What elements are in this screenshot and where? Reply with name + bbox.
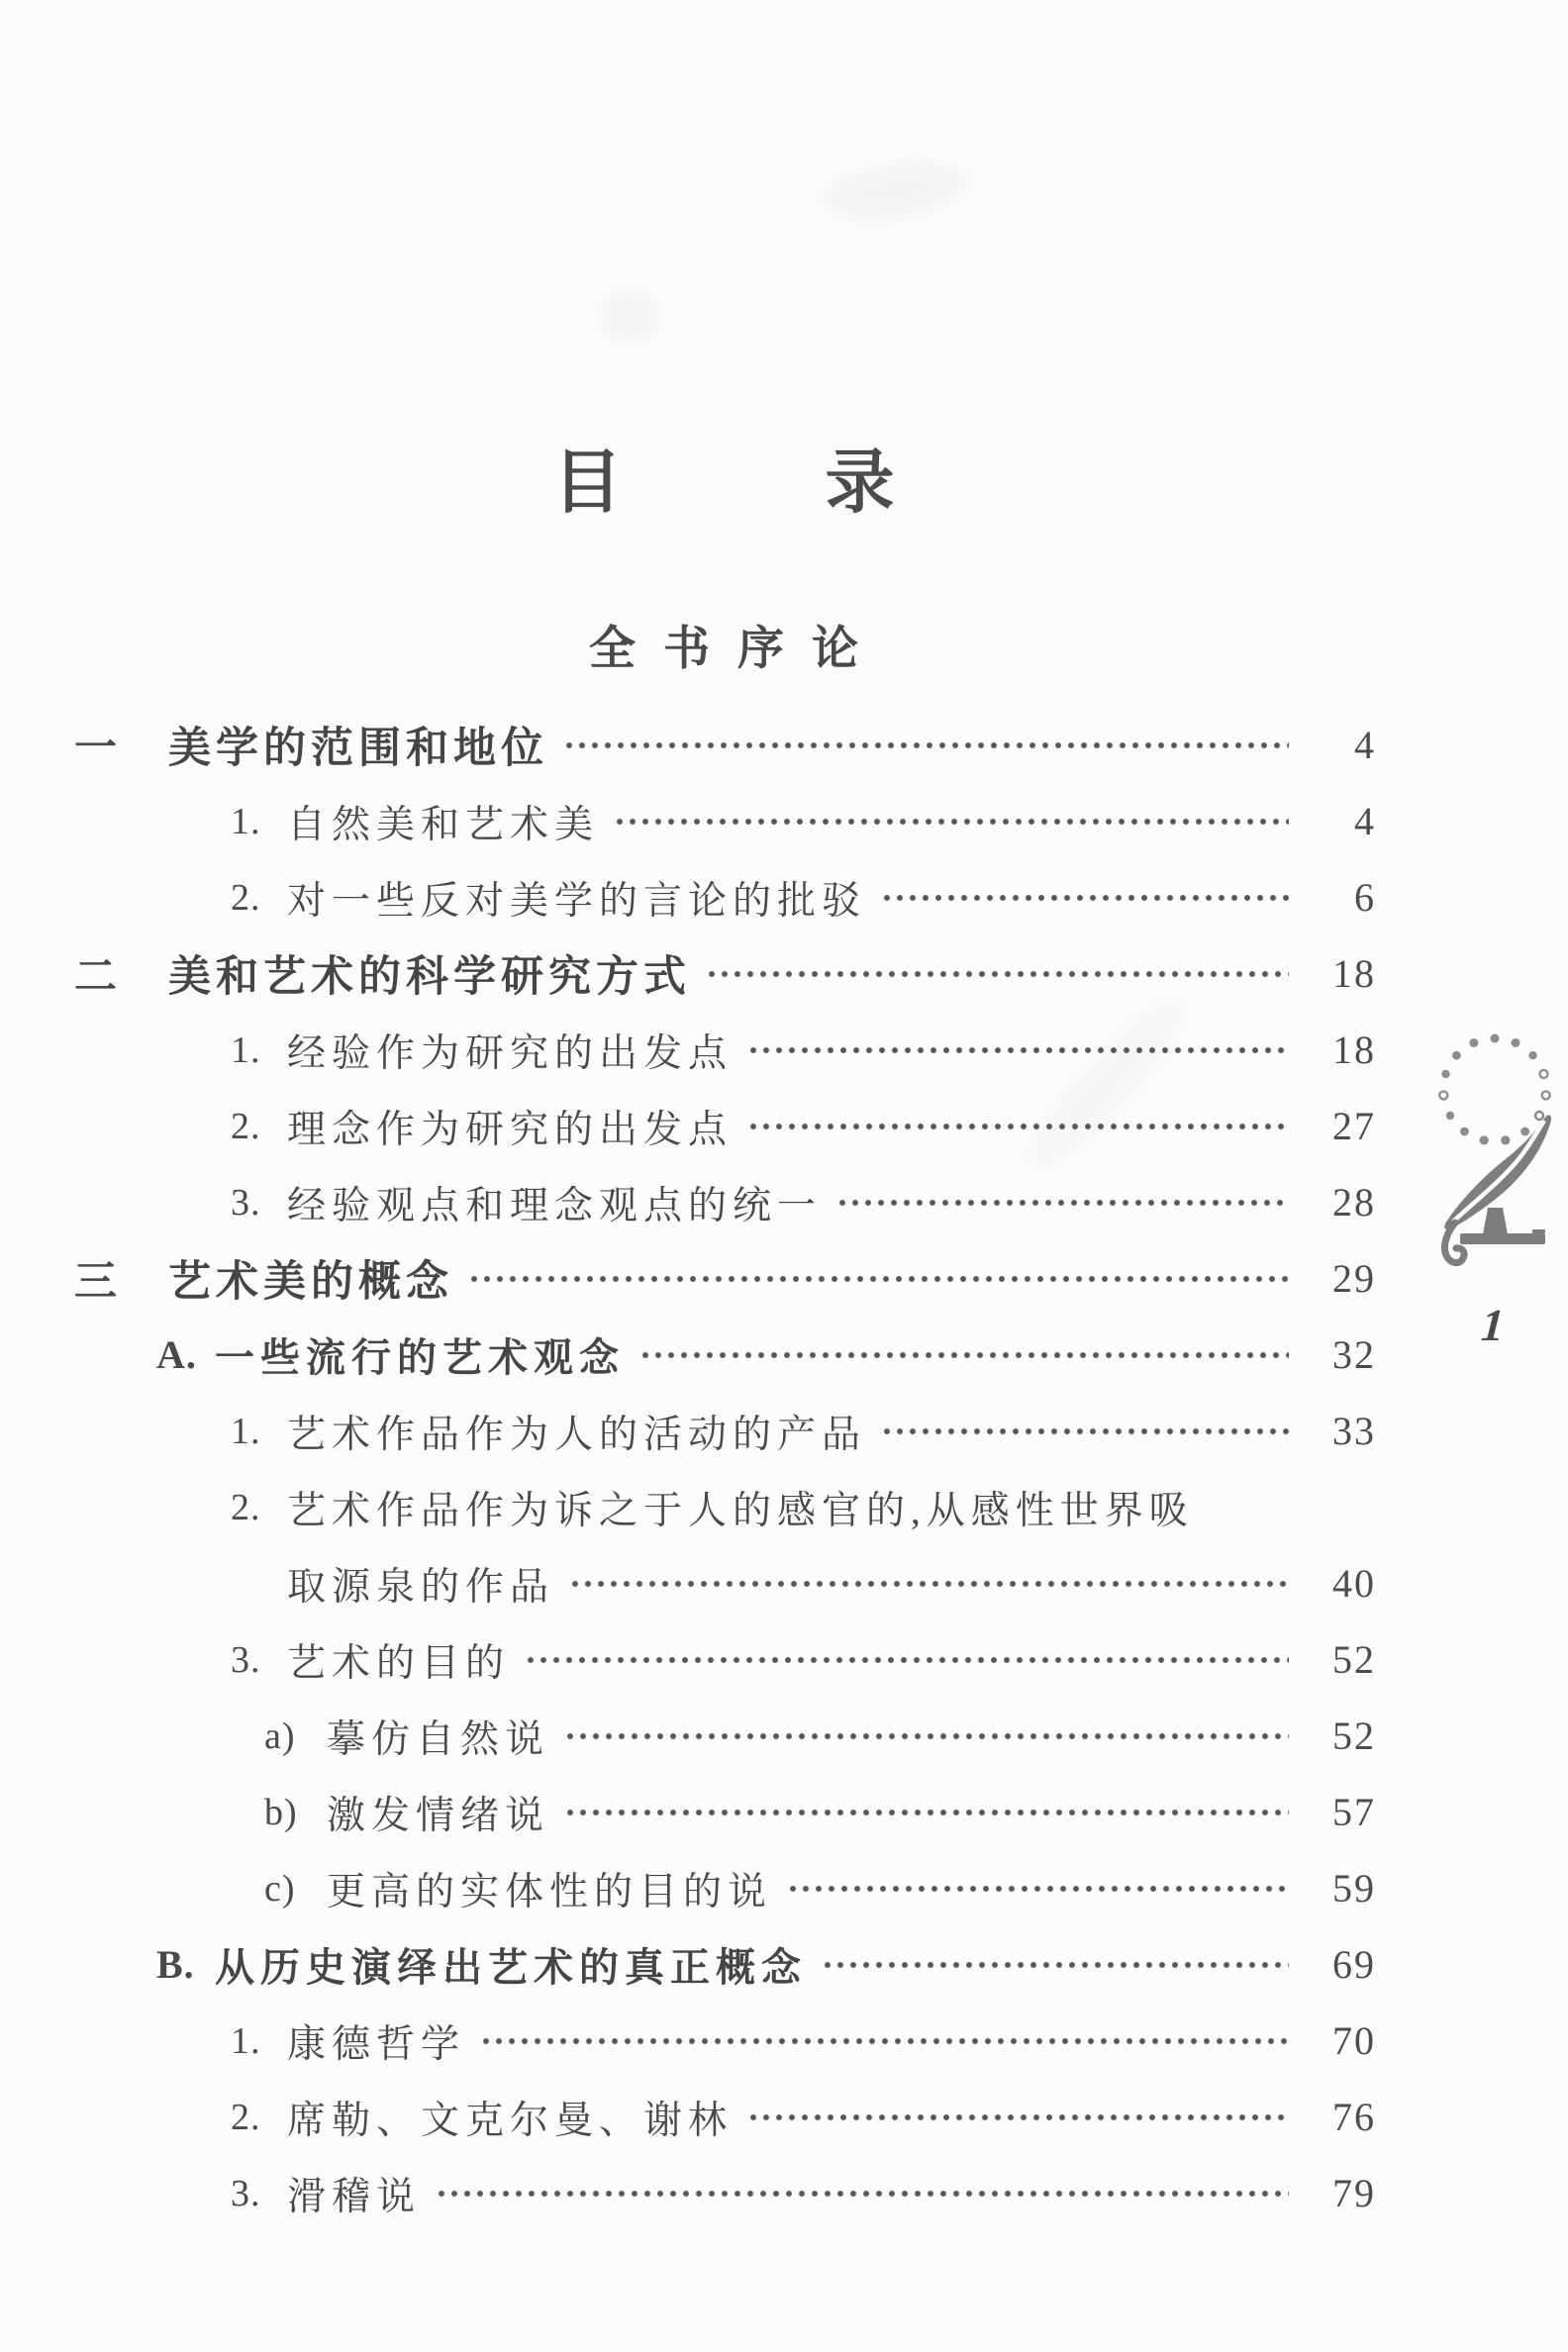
toc-row: 2.艺术作品作为诉之于人的感官的,从感性世界吸: [74, 1469, 1376, 1545]
toc-row-title: 席勒、文克尔曼、谢林: [287, 2090, 733, 2145]
toc-row-title: 艺术作品作为人的活动的产品: [287, 1404, 866, 1459]
toc-row-page-number: 33: [1301, 1408, 1376, 1454]
toc-row-marker: A.: [156, 1331, 215, 1378]
toc-row-title: 自然美和艺术美: [287, 794, 599, 849]
toc-row-page-number: 4: [1301, 798, 1376, 844]
toc-row: 1.康德哲学70: [74, 2003, 1376, 2079]
toc-row-title: 美和艺术的科学研究方式: [168, 943, 691, 1004]
toc-row-marker: a): [264, 1715, 327, 1758]
toc-row-page-number: 6: [1301, 874, 1376, 921]
toc-row-page-number: 79: [1301, 2170, 1376, 2216]
toc-row-title: 美学的范围和地位: [168, 715, 548, 775]
toc-row-page-number: 28: [1301, 1179, 1376, 1225]
toc-row-marker: B.: [156, 1941, 215, 1988]
toc-row-title: 理念作为研究的出发点: [287, 1099, 733, 1154]
section-heading: 全书序论: [74, 622, 1373, 677]
toc-row-title: 激发情绪说: [327, 1785, 549, 1840]
folio-page-number: 1: [1461, 1299, 1524, 1351]
dot-leader: [570, 1579, 1289, 1589]
toc-row: c)更高的实体性的目的说59: [74, 1850, 1376, 1926]
toc-row-marker: 1.: [231, 1410, 287, 1453]
dot-leader: [640, 1350, 1289, 1360]
toc-row-title: 从历史演绎出艺术的真正概念: [215, 1936, 807, 1993]
toc-row: 2.对一些反对美学的言论的批驳6: [74, 859, 1376, 935]
toc-row-page-number: 70: [1301, 2017, 1376, 2064]
dot-leader: [882, 893, 1289, 903]
dot-leader: [882, 1426, 1289, 1436]
toc-row: 1.自然美和艺术美4: [74, 783, 1376, 859]
toc-row-marker: 二: [74, 943, 168, 1004]
scan-smudge: [819, 153, 973, 228]
dot-leader: [748, 2112, 1289, 2122]
toc-row-page-number: 18: [1301, 950, 1376, 997]
toc-row-marker: 2.: [231, 1105, 287, 1148]
toc-row-marker: b): [264, 1791, 327, 1834]
toc-row: 3.艺术的目的52: [74, 1621, 1376, 1698]
toc-row: 3.滑稽说79: [74, 2155, 1376, 2231]
dot-leader: [437, 2189, 1289, 2199]
toc-row-page-number: 40: [1301, 1560, 1376, 1607]
page-title-char: 目: [553, 445, 623, 522]
toc-row-title: 一些流行的艺术观念: [215, 1326, 625, 1383]
dot-leader: [823, 1960, 1289, 1970]
scan-smudge: [599, 292, 660, 342]
dot-leader: [565, 1808, 1289, 1817]
dot-leader: [615, 817, 1289, 827]
toc-row-marker: 3.: [231, 1638, 287, 1682]
page-title-char: 录: [826, 445, 895, 522]
toc-row-marker: 三: [74, 1248, 168, 1309]
toc-row-marker: 2.: [231, 2096, 287, 2139]
page-title: 目录: [74, 447, 1373, 521]
dot-leader: [565, 1731, 1289, 1741]
toc-row-page-number: 52: [1301, 1636, 1376, 1683]
toc-row-marker: 3.: [231, 2172, 287, 2215]
toc-row: a)摹仿自然说52: [74, 1698, 1376, 1774]
dot-leader: [707, 969, 1289, 979]
toc-row-title: 艺术美的概念: [168, 1248, 453, 1309]
toc-row: A.一些流行的艺术观念32: [74, 1317, 1376, 1393]
toc-row-marker: 1.: [231, 800, 287, 843]
toc-row: 3.经验观点和理念观点的统一28: [74, 1164, 1376, 1240]
toc-row-page-number: 69: [1301, 1941, 1376, 1988]
toc-row-page-number: 52: [1301, 1713, 1376, 1759]
toc-row-page-number: 4: [1301, 722, 1376, 768]
toc-row-page-number: 18: [1301, 1027, 1376, 1073]
dot-leader: [481, 2036, 1289, 2046]
scanned-toc-page: 目录 全书序论 一美学的范围和地位41.自然美和艺术美42.对一些反对美学的言论…: [0, 0, 1568, 2352]
toc-row-title: 艺术作品作为诉之于人的感官的,从感性世界吸: [287, 1480, 1194, 1535]
toc-row: 1.经验作为研究的出发点18: [74, 1012, 1376, 1088]
toc-row-marker: c): [264, 1867, 327, 1911]
toc-row-title: 经验作为研究的出发点: [287, 1023, 733, 1078]
toc-row-marker: 3.: [231, 1181, 287, 1225]
toc-row-title: 取源泉的作品: [287, 1556, 554, 1612]
toc-row: 2.理念作为研究的出发点27: [74, 1088, 1376, 1164]
emblem-dotted-circle: [1439, 1034, 1549, 1145]
toc-row: 一美学的范围和地位4: [74, 707, 1376, 783]
toc-row-marker: 2.: [231, 1486, 287, 1529]
dot-leader: [526, 1655, 1289, 1665]
toc-row-title: 对一些反对美学的言论的批驳: [287, 870, 866, 926]
toc-row: 三艺术美的概念29: [74, 1240, 1376, 1317]
toc-row: b)激发情绪说57: [74, 1774, 1376, 1850]
dot-leader: [748, 1045, 1289, 1055]
toc-row-marker: 1.: [231, 1029, 287, 1072]
toc-row-marker: 一: [74, 715, 168, 775]
toc-row: B.从历史演绎出艺术的真正概念69: [74, 1926, 1376, 2003]
toc-row-marker: 2.: [231, 876, 287, 920]
toc-row: 二美和艺术的科学研究方式18: [74, 935, 1376, 1012]
dot-leader: [837, 1198, 1289, 1208]
toc-row: 1.艺术作品作为人的活动的产品33: [74, 1393, 1376, 1469]
dot-leader: [564, 740, 1289, 750]
dot-leader: [748, 1122, 1289, 1131]
toc-row-title: 滑稽说: [287, 2166, 421, 2221]
toc-row-title: 康德哲学: [287, 2013, 465, 2069]
toc-row-page-number: 32: [1301, 1331, 1376, 1378]
toc-row-title: 艺术的目的: [287, 1632, 510, 1688]
toc-row-title: 更高的实体性的目的说: [327, 1861, 772, 1916]
toc-row-title: 摹仿自然说: [327, 1709, 549, 1764]
toc-row-page-number: 76: [1301, 2094, 1376, 2140]
dot-leader: [788, 1884, 1289, 1894]
toc-row-page-number: 59: [1301, 1865, 1376, 1911]
toc-row-page-number: 27: [1301, 1103, 1376, 1149]
toc-row-page-number: 29: [1301, 1255, 1376, 1302]
toc-row-marker: 1.: [231, 2019, 287, 2063]
toc-list: 一美学的范围和地位41.自然美和艺术美42.对一些反对美学的言论的批驳6二美和艺…: [74, 707, 1376, 2231]
toc-row-page-number: 57: [1301, 1789, 1376, 1835]
toc-row: 2.席勒、文克尔曼、谢林76: [74, 2079, 1376, 2155]
toc-row: 取源泉的作品40: [74, 1545, 1376, 1621]
toc-row-title: 经验观点和理念观点的统一: [287, 1175, 822, 1230]
dot-leader: [469, 1274, 1289, 1284]
publisher-emblem: [1433, 1028, 1564, 1287]
